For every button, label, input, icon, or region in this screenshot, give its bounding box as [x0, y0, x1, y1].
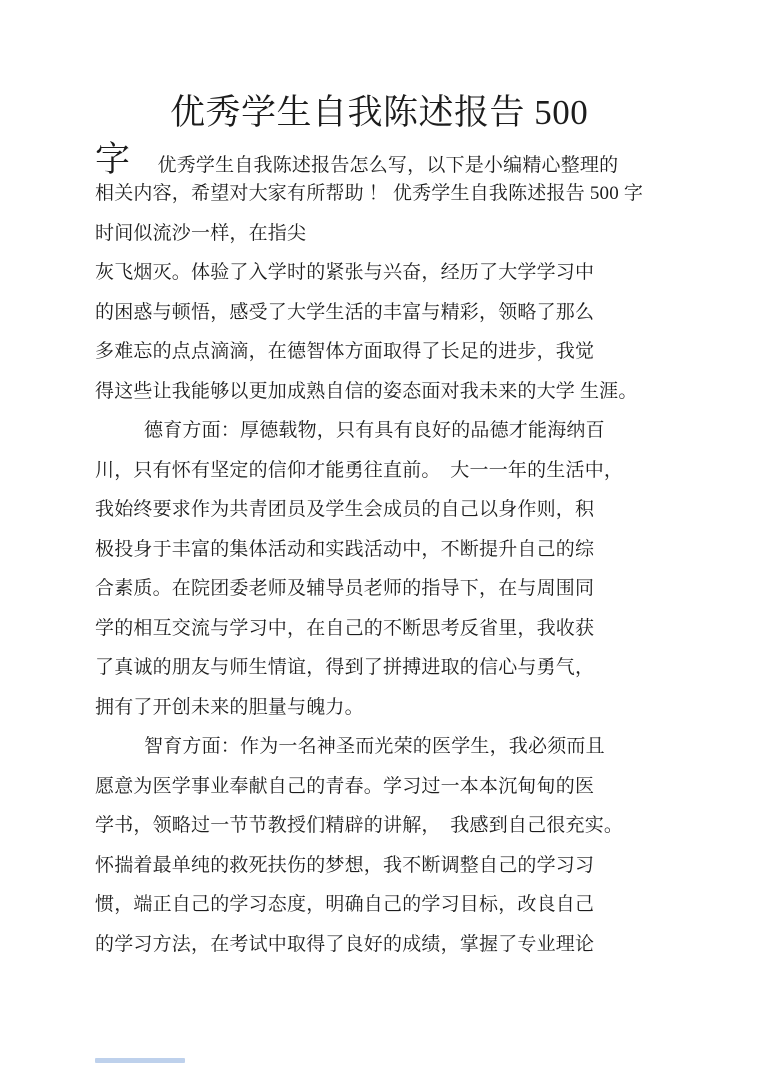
text-line: 时间似流沙一样，在指尖	[95, 214, 680, 254]
text-line: 惯，端正自己的学习态度，明确自己的学习目标，改良自己	[95, 885, 680, 925]
document-body: 优秀学生自我陈述报告 500 字 优秀学生自我陈述报告怎么写，以下是小编精心整理…	[95, 88, 680, 964]
document-page: 优秀学生自我陈述报告 500 字 优秀学生自我陈述报告怎么写，以下是小编精心整理…	[0, 0, 762, 1080]
text-line: 川，只有怀有坚定的信仰才能勇往直前。 大一一年的生活中，	[95, 451, 680, 491]
paragraph-start-line: 德育方面：厚德载物，只有具有良好的品德才能海纳百	[95, 411, 680, 451]
text-line: 灰飞烟灭。体验了入学时的紧张与兴奋，经历了大学学习中	[95, 253, 680, 293]
bottom-left-highlight-mark	[95, 1058, 185, 1063]
text-line: 相关内容，希望对大家有所帮助 ！ 优秀学生自我陈述报告 500 字	[95, 174, 680, 214]
text-line: 学书，领略过一节节教授们精辟的讲解， 我感到自己很充实。	[95, 806, 680, 846]
text-line: 愿意为医学事业奉献自己的青春。学习过一本本沉甸甸的医	[95, 767, 680, 807]
text-line: 得这些让我能够以更加成熟自信的姿态面对我未来的大学 生涯。	[95, 372, 680, 412]
text-line: 合素质。在院团委老师及辅导员老师的指导下，在与周围同	[95, 569, 680, 609]
text-line: 极投身于丰富的集体活动和实践活动中，不断提升自己的综	[95, 530, 680, 570]
title-wrap-row: 字 优秀学生自我陈述报告怎么写，以下是小编精心整理的	[95, 137, 680, 174]
text-line: 拥有了开创未来的胆量与魄力。	[95, 688, 680, 728]
text-line: 学的相互交流与学习中，在自己的不断思考反省里，我收获	[95, 609, 680, 649]
text-line: 的困惑与顿悟，感受了大学生活的丰富与精彩，领略了那么	[95, 293, 680, 333]
text-line: 了真诚的朋友与师生情谊，得到了拼搏进取的信心与勇气，	[95, 648, 680, 688]
text-line: 怀揣着最单纯的救死扶伤的梦想，我不断调整自己的学习习	[95, 846, 680, 886]
paragraph-start-line: 智育方面：作为一名神圣而光荣的医学生，我必须而且	[95, 727, 680, 767]
page-title: 优秀学生自我陈述报告 500	[95, 88, 680, 137]
text-line: 的学习方法，在考试中取得了良好的成绩，掌握了专业理论	[95, 925, 680, 965]
text-line: 多难忘的点点滴滴，在德智体方面取得了长足的进步，我觉	[95, 332, 680, 372]
text-line: 我始终要求作为共青团员及学生会成员的自己以身作则，积	[95, 490, 680, 530]
intro-text-line: 优秀学生自我陈述报告怎么写，以下是小编精心整理的	[158, 150, 619, 177]
